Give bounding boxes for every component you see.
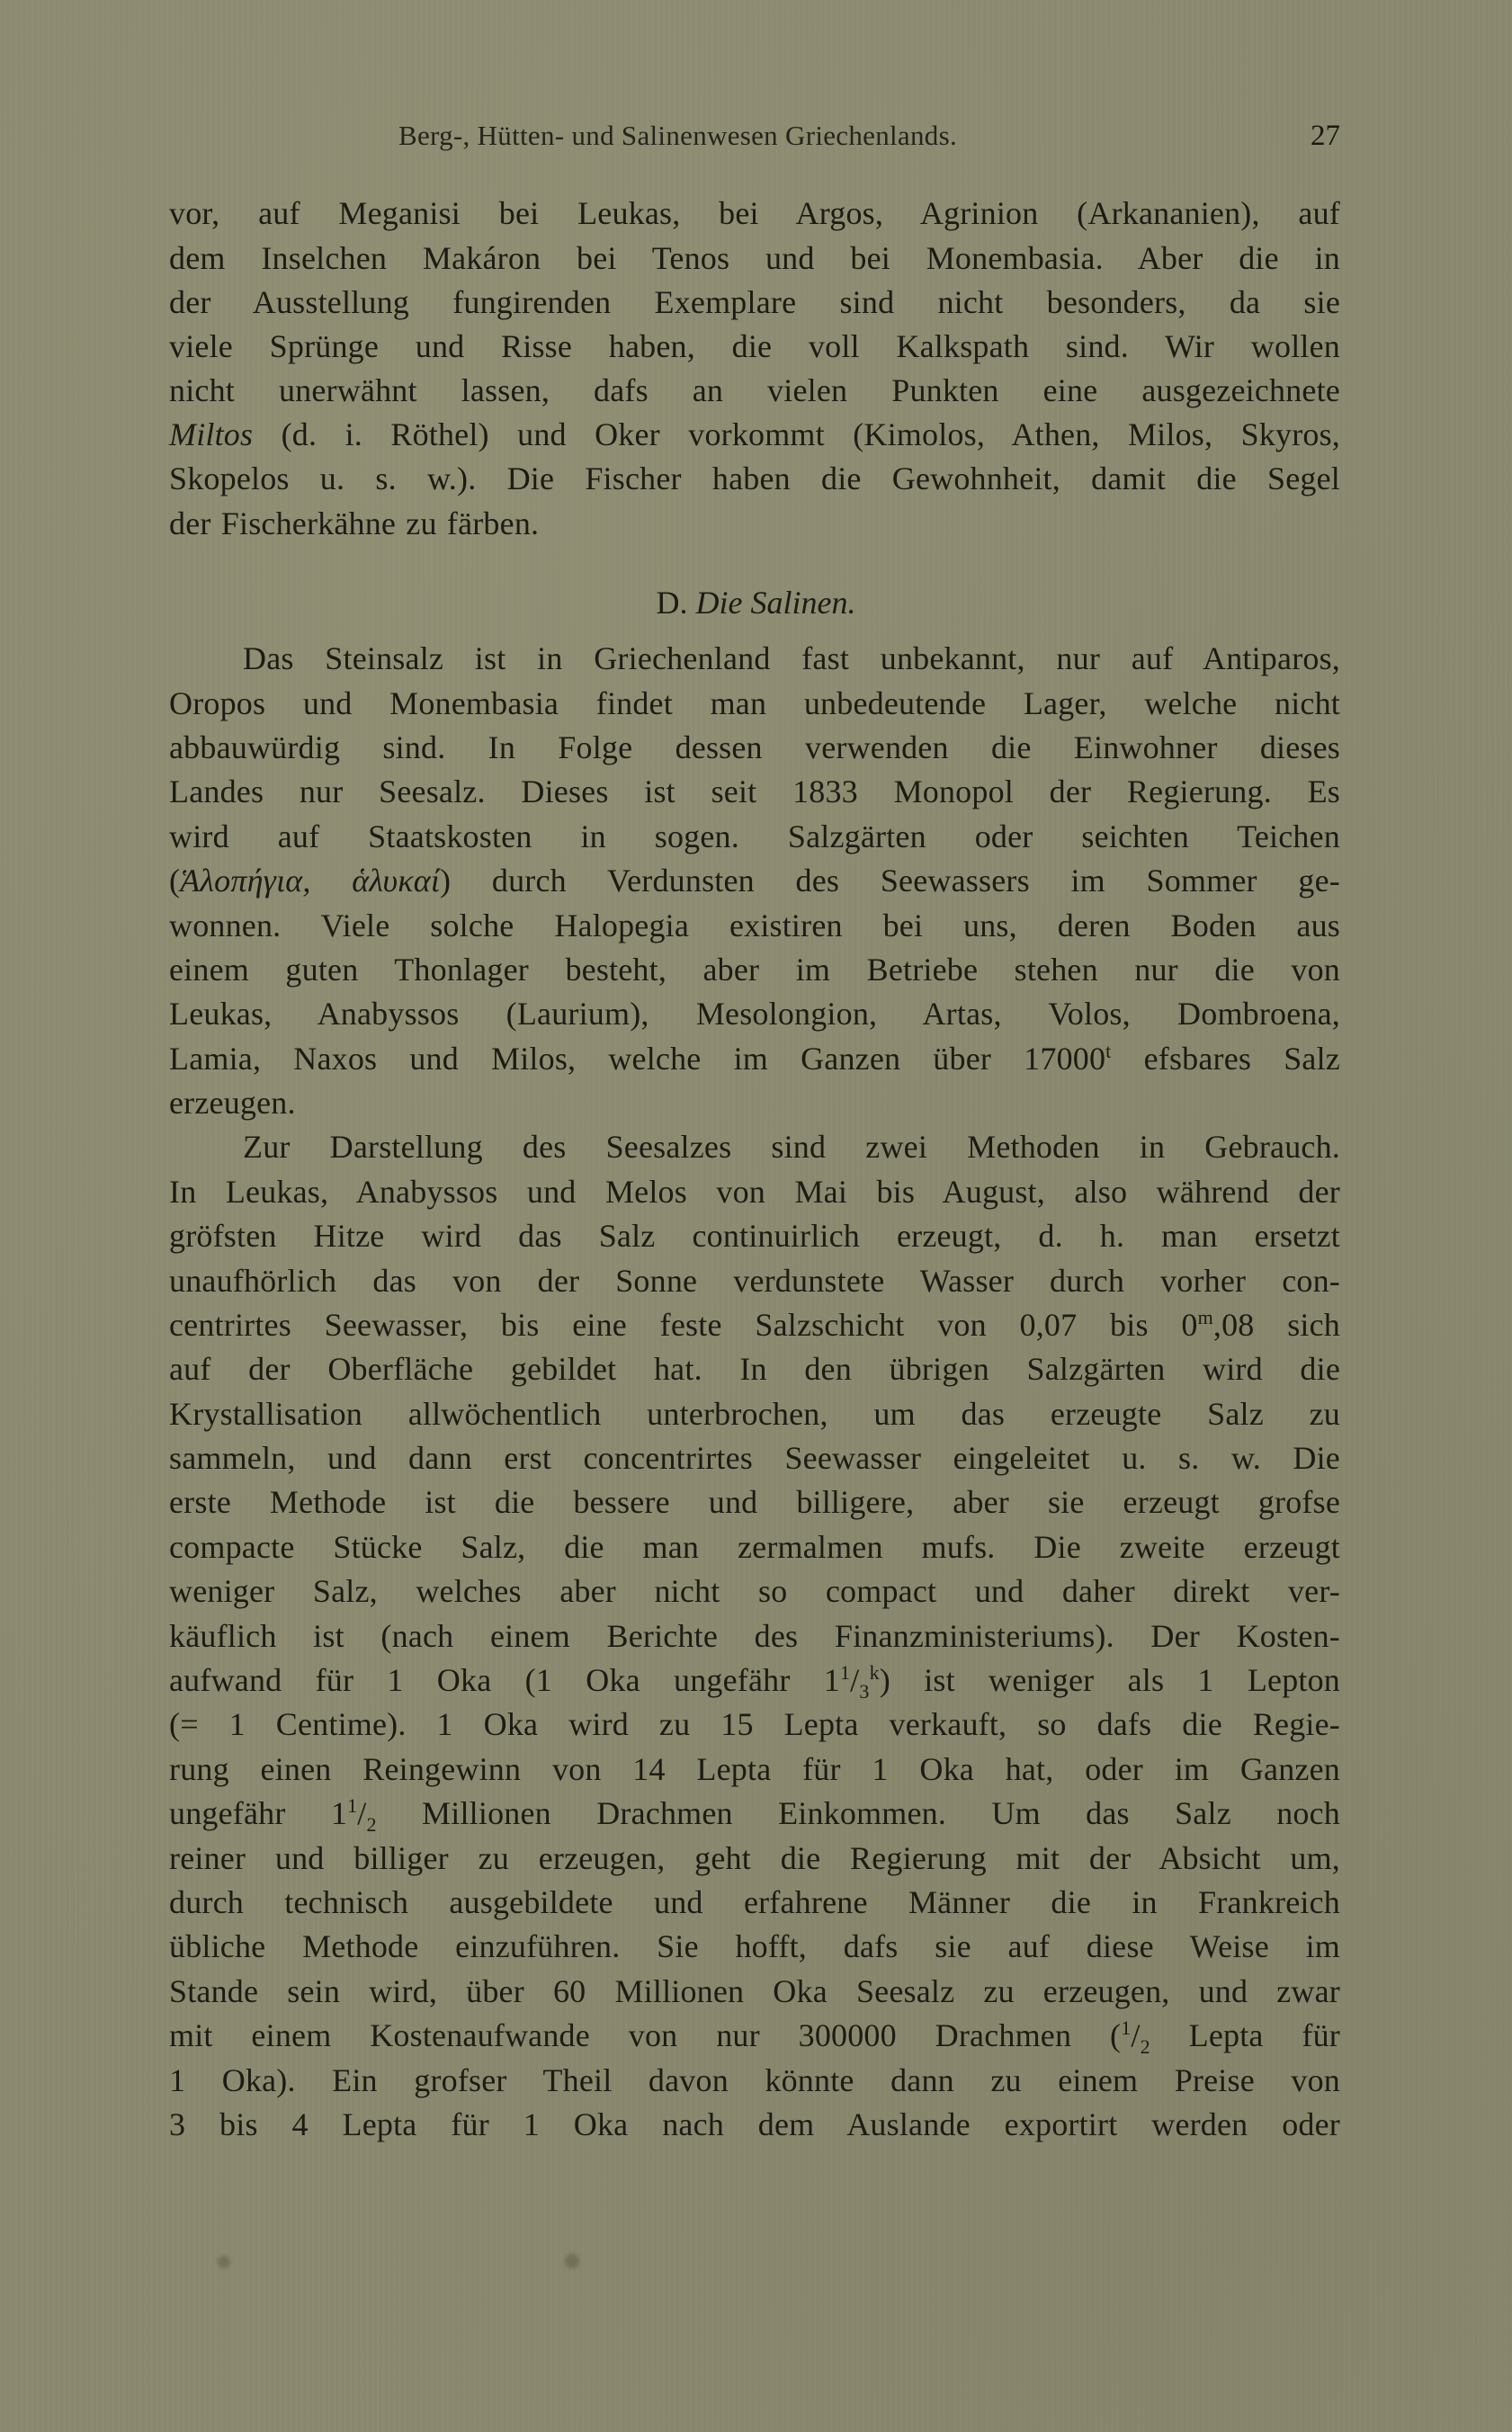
- text-line: sammeln, und dann erst concentrirtes See…: [169, 1438, 1340, 1478]
- text-line: compacte Stücke Salz, die man zermalmen …: [169, 1527, 1340, 1567]
- fraction-numerator: 1: [1121, 2016, 1131, 2039]
- italic-term: Miltos: [169, 416, 253, 452]
- text-line: rung einen Reingewinn von 14 Lepta für 1…: [169, 1749, 1340, 1789]
- text-line: vor, auf Meganisi bei Leukas, bei Argos,…: [169, 193, 1340, 233]
- text-line: Leukas, Anabyssos (Laurium), Mesolongion…: [169, 994, 1340, 1033]
- fraction-denominator: 2: [1141, 2035, 1150, 2058]
- text-line: Oropos und Monembasia findet man unbedeu…: [169, 684, 1340, 723]
- text-line: abbauwürdig sind. In Folge dessen verwen…: [169, 728, 1340, 767]
- text-line: Stande sein wird, über 60 Millionen Oka …: [169, 1972, 1340, 2011]
- text-segment: mit einem Kostenaufwande von nur 300000 …: [169, 2017, 1121, 2053]
- text-line: 1 Oka). Ein grofser Theil davon könnte d…: [169, 2061, 1340, 2100]
- fraction-slash: /: [1131, 2017, 1140, 2053]
- text-line: centrirtes Seewasser, bis eine feste Sal…: [169, 1305, 1340, 1345]
- text-segment: ) ist weniger als 1 Lepton: [880, 1662, 1340, 1698]
- book-page: Berg-, Hütten- und Salinenwesen Griechen…: [0, 0, 1512, 2432]
- text-line: der Ausstellung fungirenden Exemplare si…: [169, 282, 1340, 322]
- running-head: Berg-, Hütten- und Salinenwesen Griechen…: [169, 120, 1340, 159]
- text-line: gröfsten Hitze wird das Salz continuirli…: [169, 1216, 1340, 1256]
- section-heading: D. Die Salinen.: [0, 583, 1512, 622]
- text-segment: ) durch Verdunsten des Seewassers im Som…: [440, 863, 1340, 899]
- fraction-slash: /: [850, 1662, 859, 1698]
- text-line: unaufhörlich das von der Sonne verdunste…: [169, 1261, 1340, 1301]
- fraction-numerator: 1: [840, 1661, 850, 1684]
- superscript: k: [870, 1661, 880, 1684]
- text-segment: (: [169, 863, 180, 899]
- text-line: dem Inselchen Makáron bei Tenos und bei …: [169, 238, 1340, 278]
- text-line: Lamia, Naxos und Milos, welche im Ganzen…: [169, 1039, 1340, 1078]
- text-segment: centrirtes Seewasser, bis eine feste Sal…: [169, 1307, 1198, 1343]
- superscript: m: [1198, 1306, 1213, 1328]
- text-line: erste Methode ist die bessere und billig…: [169, 1482, 1340, 1522]
- text-segment: Lamia, Naxos und Milos, welche im Ganzen…: [169, 1041, 1105, 1077]
- fraction-denominator: 3: [859, 1680, 869, 1703]
- text-line: käuflich ist (nach einem Berichte des Fi…: [169, 1616, 1340, 1656]
- text-line: Skopelos u. s. w.). Die Fischer haben di…: [169, 459, 1340, 498]
- text-segment: aufwand für 1 Oka (1 Oka ungefähr 1: [169, 1662, 840, 1698]
- fraction-slash: /: [357, 1795, 366, 1831]
- text-segment: (d. i. Röthel) und Oker vorkommt (Kimolo…: [253, 416, 1340, 452]
- text-line: Miltos (d. i. Röthel) und Oker vorkommt …: [169, 415, 1340, 454]
- text-segment: Millionen Drachmen Einkommen. Um das Sal…: [377, 1795, 1340, 1831]
- text-line: einem guten Thonlager besteht, aber im B…: [169, 950, 1340, 989]
- text-line: der Fischerkähne zu färben.: [169, 504, 1340, 543]
- text-line: Krystallisation allwöchentlich unterbroc…: [169, 1394, 1340, 1434]
- paper-stain: [565, 2254, 579, 2268]
- text-line: 3 bis 4 Lepta für 1 Oka nach dem Ausland…: [169, 2105, 1340, 2144]
- page-number: 27: [1311, 120, 1340, 153]
- running-head-title: Berg-, Hütten- und Salinenwesen Griechen…: [398, 120, 957, 152]
- text-line: erzeugen.: [169, 1083, 1340, 1122]
- text-line: ungefähr 11/2 Millionen Drachmen Einkomm…: [169, 1793, 1340, 1833]
- text-line: In Leukas, Anabyssos und Melos von Mai b…: [169, 1172, 1340, 1212]
- text-line: übliche Methode einzuführen. Sie hofft, …: [169, 1927, 1340, 1966]
- text-line: wonnen. Viele solche Halopegia existiren…: [169, 906, 1340, 945]
- text-line: auf der Oberfläche gebildet hat. In den …: [169, 1349, 1340, 1389]
- text-line: durch technisch ausgebildete und erfahre…: [169, 1882, 1340, 1922]
- text-line: Das Steinsalz ist in Griechenland fast u…: [243, 639, 1340, 678]
- text-line: aufwand für 1 Oka (1 Oka ungefähr 11/3k)…: [169, 1660, 1340, 1700]
- text-line: wird auf Staatskosten in sogen. Salzgärt…: [169, 817, 1340, 856]
- text-segment: efsbares Salz: [1111, 1041, 1340, 1077]
- fraction-numerator: 1: [347, 1794, 357, 1817]
- text-line: Zur Darstellung des Seesalzes sind zwei …: [243, 1127, 1340, 1167]
- text-line: (= 1 Centime). 1 Oka wird zu 15 Lepta ve…: [169, 1704, 1340, 1744]
- text-line: mit einem Kostenaufwande von nur 300000 …: [169, 2016, 1340, 2055]
- text-segment: Lepta für: [1150, 2017, 1340, 2053]
- text-line: Landes nur Seesalz. Dieses ist seit 1833…: [169, 772, 1340, 811]
- section-letter: D.: [657, 585, 688, 621]
- section-title: Die Salinen.: [696, 585, 856, 621]
- text-line: nicht unerwähnt lassen, dafs an vielen P…: [169, 371, 1340, 410]
- text-line: weniger Salz, welches aber nicht so comp…: [169, 1571, 1340, 1611]
- text-line: viele Sprünge und Risse haben, die voll …: [169, 326, 1340, 366]
- text-line: reiner und billiger zu erzeugen, geht di…: [169, 1838, 1340, 1878]
- text-segment: ungefähr 1: [169, 1795, 347, 1831]
- text-segment: ,08 sich: [1213, 1307, 1340, 1343]
- text-line: (Ἁλοπήγια, ἁλυκαί) durch Verdunsten des …: [169, 861, 1340, 900]
- greek-term: Ἁλοπήγια, ἁλυκαί: [180, 863, 440, 899]
- fraction-denominator: 2: [367, 1813, 377, 1836]
- paper-stain: [218, 2256, 230, 2268]
